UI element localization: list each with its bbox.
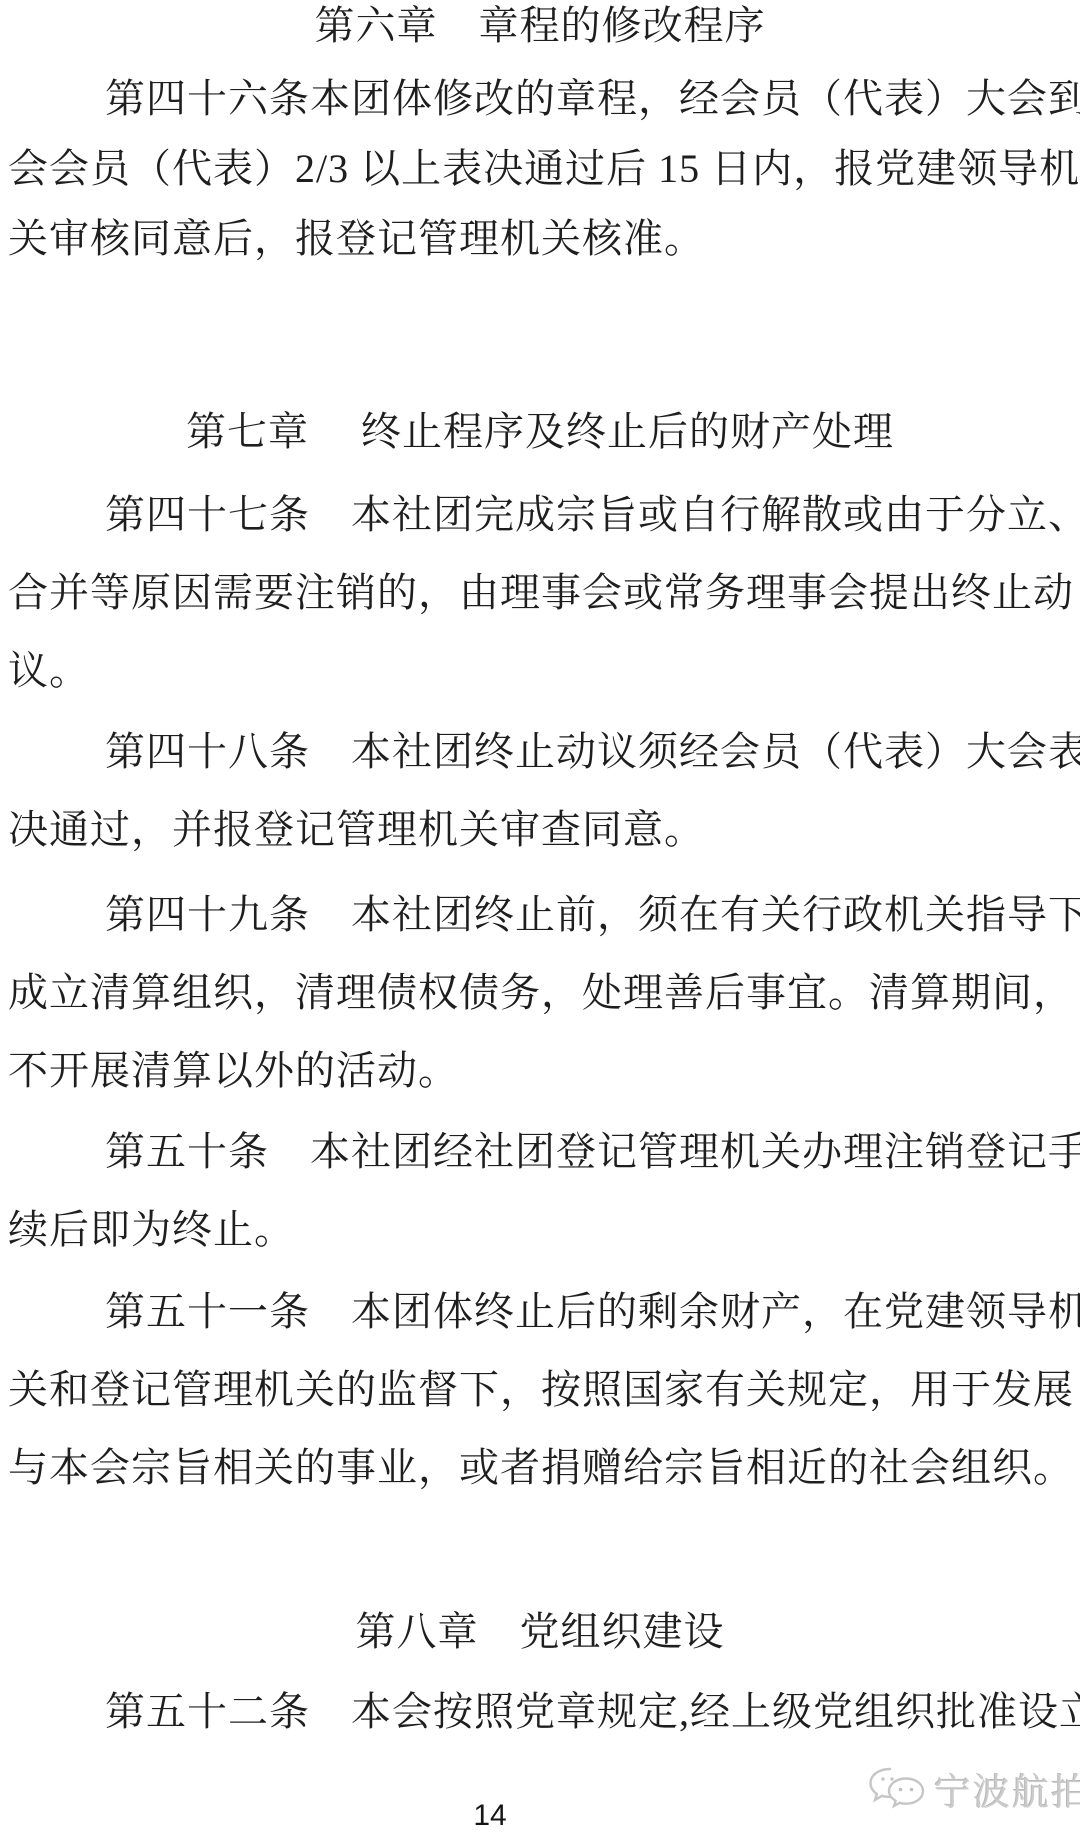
text-line: 第五十二条 本会按照党章规定,经上级党组织批准设立 bbox=[8, 1673, 1072, 1751]
article-50: 第五十条 本社团经社团登记管理机关办理注销登记手续后即为终止。 bbox=[8, 1113, 1072, 1269]
article-46: 第四十六条本团体修改的章程，经会员（代表）大会到会会员（代表）2/3 以上表决通… bbox=[8, 64, 1072, 274]
text-line: 合并等原因需要注销的，由理事会或常务理事会提出终止动 bbox=[8, 554, 1072, 632]
text-line: 续后即为终止。 bbox=[8, 1191, 1072, 1269]
document-content: 第六章 章程的修改程序第四十六条本团体修改的章程，经会员（代表）大会到会会员（代… bbox=[0, 0, 1080, 1751]
text-line: 成立清算组织，清理债权债务，处理善后事宜。清算期间， bbox=[8, 954, 1072, 1032]
text-line: 关审核同意后，报登记管理机关核准。 bbox=[8, 204, 1072, 274]
document-page: 第六章 章程的修改程序第四十六条本团体修改的章程，经会员（代表）大会到会会员（代… bbox=[0, 0, 1080, 1839]
page-number: 14 bbox=[0, 1799, 980, 1833]
text-line: 第四十九条 本社团终止前，须在有关行政机关指导下 bbox=[8, 876, 1072, 954]
article-49: 第四十九条 本社团终止前，须在有关行政机关指导下成立清算组织，清理债权债务，处理… bbox=[8, 876, 1072, 1110]
article-48: 第四十八条 本社团终止动议须经会员（代表）大会表决通过，并报登记管理机关审查同意… bbox=[8, 713, 1072, 869]
text-line: 第四十八条 本社团终止动议须经会员（代表）大会表 bbox=[8, 713, 1072, 791]
ch7-title: 第七章 终止程序及终止后的财产处理 bbox=[8, 408, 1072, 456]
article-52: 第五十二条 本会按照党章规定,经上级党组织批准设立 bbox=[8, 1673, 1072, 1751]
text-line: 第四十六条本团体修改的章程，经会员（代表）大会到 bbox=[8, 64, 1072, 134]
text-line: 第四十七条 本社团完成宗旨或自行解散或由于分立、 bbox=[8, 476, 1072, 554]
ch6-title: 第六章 章程的修改程序 bbox=[8, 2, 1072, 50]
article-51: 第五十一条 本团体终止后的剩余财产，在党建领导机关和登记管理机关的监督下，按照国… bbox=[8, 1273, 1072, 1507]
article-47: 第四十七条 本社团完成宗旨或自行解散或由于分立、合并等原因需要注销的，由理事会或… bbox=[8, 476, 1072, 710]
text-line: 决通过，并报登记管理机关审查同意。 bbox=[8, 791, 1072, 869]
text-line: 不开展清算以外的活动。 bbox=[8, 1032, 1072, 1110]
text-line: 会会员（代表）2/3 以上表决通过后 15 日内，报党建领导机 bbox=[8, 134, 1072, 204]
text-line: 第五十条 本社团经社团登记管理机关办理注销登记手 bbox=[8, 1113, 1072, 1191]
text-line: 与本会宗旨相关的事业，或者捐赠给宗旨相近的社会组织。 bbox=[8, 1429, 1072, 1507]
text-line: 议。 bbox=[8, 632, 1072, 710]
text-line: 关和登记管理机关的监督下，按照国家有关规定，用于发展 bbox=[8, 1351, 1072, 1429]
text-line: 第五十一条 本团体终止后的剩余财产，在党建领导机 bbox=[8, 1273, 1072, 1351]
ch8-title: 第八章 党组织建设 bbox=[8, 1608, 1072, 1656]
